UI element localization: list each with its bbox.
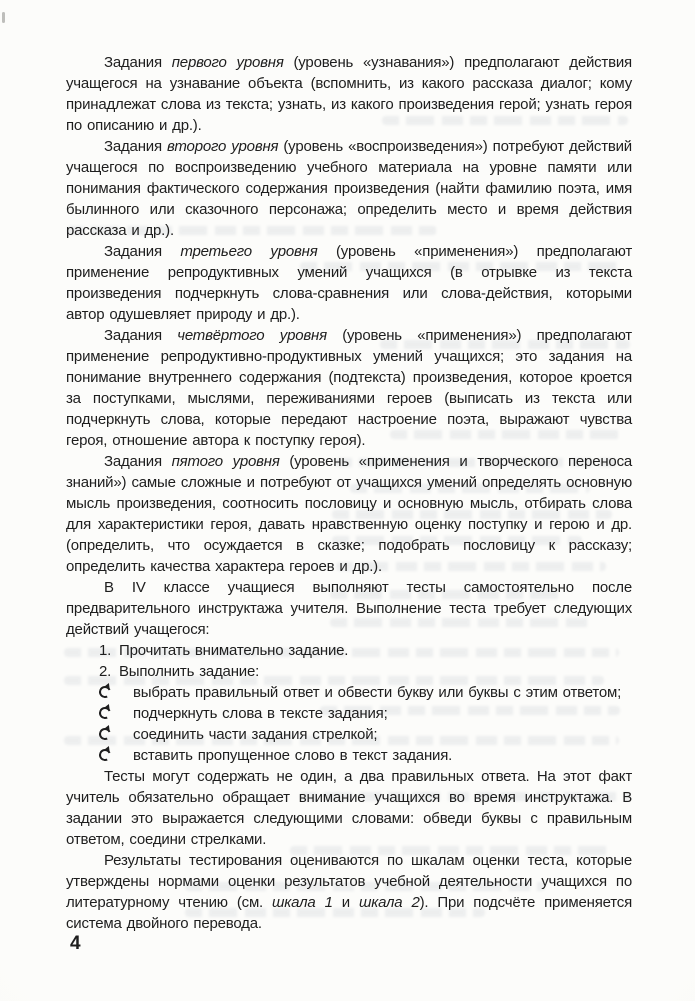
bullet-item: подчеркнуть слова в тексте задания;: [99, 703, 632, 724]
circular-arrow-bullet-icon: [99, 749, 111, 761]
item-text: Выполнить задание:: [119, 661, 259, 682]
page-text: Задания первого уровня (уровень «узнаван…: [66, 52, 632, 934]
bullet-item: выбрать правильный ответ и обвести букву…: [99, 682, 632, 703]
bullet-text: выбрать правильный ответ и обвести букву…: [133, 682, 621, 703]
paragraph-scoring: Результаты тестирования оцениваются по ш…: [66, 850, 632, 934]
paragraph-level-2: Задания второго уровня (уровень «воспрои…: [66, 136, 632, 241]
numbered-item: 2. Выполнить задание:: [99, 661, 632, 682]
item-text: Прочитать внимательно задание.: [119, 640, 348, 661]
bullet-text: вставить пропущенное слово в текст задан…: [133, 745, 452, 766]
paragraph-level-3: Задания третьего уровня (уровень «примен…: [66, 241, 632, 325]
paragraph-level-4: Задания четвёртого уровня (уровень «прим…: [66, 325, 632, 451]
paragraph-intro-grade4: В IV классе учащиеся выполняют тесты сам…: [66, 577, 632, 640]
bullet-item: вставить пропущенное слово в текст задан…: [99, 745, 632, 766]
paragraph-level-5: Задания пятого уровня (уровень «применен…: [66, 451, 632, 577]
circular-arrow-bullet-icon: [99, 728, 111, 740]
scan-artifact: [2, 12, 5, 23]
circular-arrow-bullet-icon: [99, 686, 111, 698]
item-number: 1.: [99, 640, 119, 661]
bullet-item: соединить части задания стрелкой;: [99, 724, 632, 745]
paragraph-two-answers: Тесты могут содержать не один, а два пра…: [66, 766, 632, 850]
circular-arrow-bullet-icon: [99, 707, 111, 719]
book-page: Задания первого уровня (уровень «узнаван…: [0, 0, 695, 1001]
paragraph-level-1: Задания первого уровня (уровень «узнаван…: [66, 52, 632, 136]
bullet-text: соединить части задания стрелкой;: [133, 724, 377, 745]
item-number: 2.: [99, 661, 119, 682]
numbered-item: 1. Прочитать внимательно задание.: [99, 640, 632, 661]
page-number: 4: [70, 933, 81, 955]
bullet-text: подчеркнуть слова в тексте задания;: [133, 703, 388, 724]
